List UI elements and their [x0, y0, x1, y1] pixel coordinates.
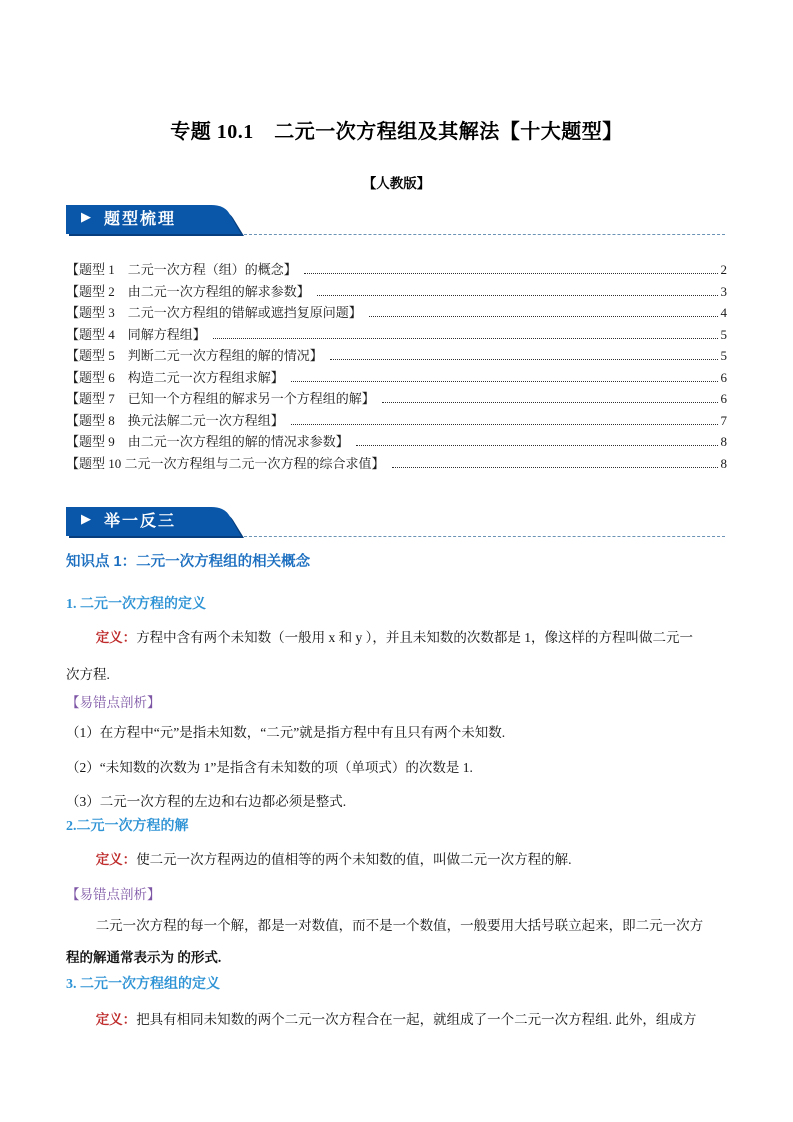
- definition-text: 方程中含有两个未知数（一般用 x 和 y ），并且未知数的次数都是 1，像这样的…: [136, 630, 693, 645]
- dashed-rule: [244, 536, 725, 537]
- definition-label: 定义：: [96, 852, 137, 867]
- toc-page-number: 8: [721, 456, 728, 472]
- toc-page-number: 4: [721, 305, 728, 321]
- dot-leader: [291, 424, 718, 425]
- dot-leader: [291, 381, 718, 382]
- toc-item-label: 【题型 3 二元一次方程组的错解或遮挡复原问题】: [66, 302, 362, 321]
- toc-item-label: 【题型 10 二元一次方程组与二元一次方程的综合求值】: [66, 453, 385, 472]
- definition-text: 把具有相同未知数的两个二元一次方程合在一起，就组成了一个二元一次方程组. 此外，…: [136, 1012, 696, 1027]
- toc-item[interactable]: 【题型 3 二元一次方程组的错解或遮挡复原问题】 4: [66, 302, 727, 324]
- toc-item-label: 【题型 1 二元一次方程（组）的概念】: [66, 259, 297, 278]
- dot-leader: [304, 273, 718, 274]
- toc-item-label: 【题型 7 已知一个方程组的解求另一个方程组的解】: [66, 388, 375, 407]
- knowledge-point-heading: 知识点 1：二元一次方程组的相关概念: [66, 553, 727, 573]
- toc-item[interactable]: 【题型 5 判断二元一次方程组的解的情况】 5: [66, 345, 727, 367]
- definition-text: 使二元一次方程两边的值相等的两个未知数的值，叫做二元一次方程的解.: [136, 852, 571, 867]
- topics-banner: ▶ 题型梳理: [66, 205, 246, 238]
- toc-item[interactable]: 【题型 4 同解方程组】 5: [66, 324, 727, 346]
- dot-leader: [392, 467, 718, 468]
- error-analysis-label: 【易错点剖析】: [66, 692, 727, 713]
- toc-item[interactable]: 【题型 1 二元一次方程（组）的概念】 2: [66, 259, 727, 281]
- toc-item-label: 【题型 9 由二元一次方程组的解的情况求参数】: [66, 431, 349, 450]
- dashed-rule: [244, 234, 725, 235]
- toc-item-label: 【题型 6 构造二元一次方程组求解】: [66, 367, 284, 386]
- toc-page-number: 2: [721, 262, 728, 278]
- page-title: 专题 10.1 二元一次方程组及其解法【十大题型】: [66, 118, 727, 146]
- section3-definition: 定义：把具有相同未知数的两个二元一次方程合在一起，就组成了一个二元一次方程组. …: [66, 1009, 727, 1030]
- section1-heading: 1. 二元一次方程的定义: [66, 595, 727, 614]
- toc-page-number: 7: [721, 413, 728, 429]
- dot-leader: [369, 316, 718, 317]
- section-banner-row-practice: ▶ 举一反三: [66, 507, 727, 539]
- dot-leader: [356, 445, 718, 446]
- practice-banner: ▶ 举一反三: [66, 507, 246, 540]
- section2-note-line2: 程的解通常表示为 的形式.: [66, 947, 727, 968]
- section2-heading: 2.二元一次方程的解: [66, 817, 727, 836]
- toc-page-number: 6: [721, 391, 728, 407]
- section-banner-row-topics: ▶ 题型梳理: [66, 205, 727, 237]
- toc-item[interactable]: 【题型 10 二元一次方程组与二元一次方程的综合求值】 8: [66, 453, 727, 475]
- dot-leader: [330, 359, 718, 360]
- dot-leader: [317, 295, 718, 296]
- section1-definition-line1: 定义：方程中含有两个未知数（一般用 x 和 y ），并且未知数的次数都是 1，像…: [66, 627, 727, 648]
- section1-definition-line2: 次方程.: [66, 664, 727, 685]
- toc-page-number: 3: [721, 284, 728, 300]
- toc-page-number: 6: [721, 370, 728, 386]
- toc-item-label: 【题型 2 由二元一次方程组的解求参数】: [66, 281, 310, 300]
- error-analysis-label: 【易错点剖析】: [66, 884, 727, 905]
- section2-definition: 定义：使二元一次方程两边的值相等的两个未知数的值，叫做二元一次方程的解.: [66, 849, 727, 870]
- toc-item[interactable]: 【题型 9 由二元一次方程组的解的情况求参数】 8: [66, 431, 727, 453]
- toc-page-number: 8: [721, 434, 728, 450]
- toc-item[interactable]: 【题型 7 已知一个方程组的解求另一个方程组的解】 6: [66, 388, 727, 410]
- toc-page-number: 5: [721, 327, 728, 343]
- dot-leader: [213, 338, 718, 339]
- practice-banner-label: 举一反三: [104, 512, 176, 531]
- definition-label: 定义：: [96, 630, 137, 645]
- toc-page-number: 5: [721, 348, 728, 364]
- toc-item[interactable]: 【题型 2 由二元一次方程组的解求参数】 3: [66, 281, 727, 303]
- error-item-1: （1）在方程中“元”是指未知数，“二元”就是指方程中有且只有两个未知数.: [66, 722, 727, 743]
- toc-item[interactable]: 【题型 8 换元法解二元一次方程组】 7: [66, 410, 727, 432]
- section3-heading: 3. 二元一次方程组的定义: [66, 975, 727, 994]
- definition-label: 定义：: [96, 1012, 137, 1027]
- play-triangle-icon: ▶: [81, 513, 91, 526]
- toc-item[interactable]: 【题型 6 构造二元一次方程组求解】 6: [66, 367, 727, 389]
- toc-item-label: 【题型 4 同解方程组】: [66, 324, 206, 343]
- table-of-contents: 【题型 1 二元一次方程（组）的概念】 2 【题型 2 由二元一次方程组的解求参…: [66, 259, 727, 474]
- error-item-2: （2）“未知数的次数为 1”是指含有未知数的项（单项式）的次数是 1.: [66, 757, 727, 778]
- toc-item-label: 【题型 8 换元法解二元一次方程组】: [66, 410, 284, 429]
- dot-leader: [382, 402, 718, 403]
- section2-note-line1: 二元一次方程的每一个解，都是一对数值，而不是一个数值，一般要用大括号联立起来，即…: [66, 915, 727, 936]
- play-triangle-icon: ▶: [81, 211, 91, 224]
- topics-banner-label: 题型梳理: [104, 210, 176, 229]
- toc-item-label: 【题型 5 判断二元一次方程组的解的情况】: [66, 345, 323, 364]
- document-page: 专题 10.1 二元一次方程组及其解法【十大题型】 【人教版】 ▶ 题型梳理 【…: [0, 0, 793, 1122]
- edition-label: 【人教版】: [66, 172, 727, 192]
- error-item-3: （3）二元一次方程的左边和右边都必须是整式.: [66, 791, 727, 812]
